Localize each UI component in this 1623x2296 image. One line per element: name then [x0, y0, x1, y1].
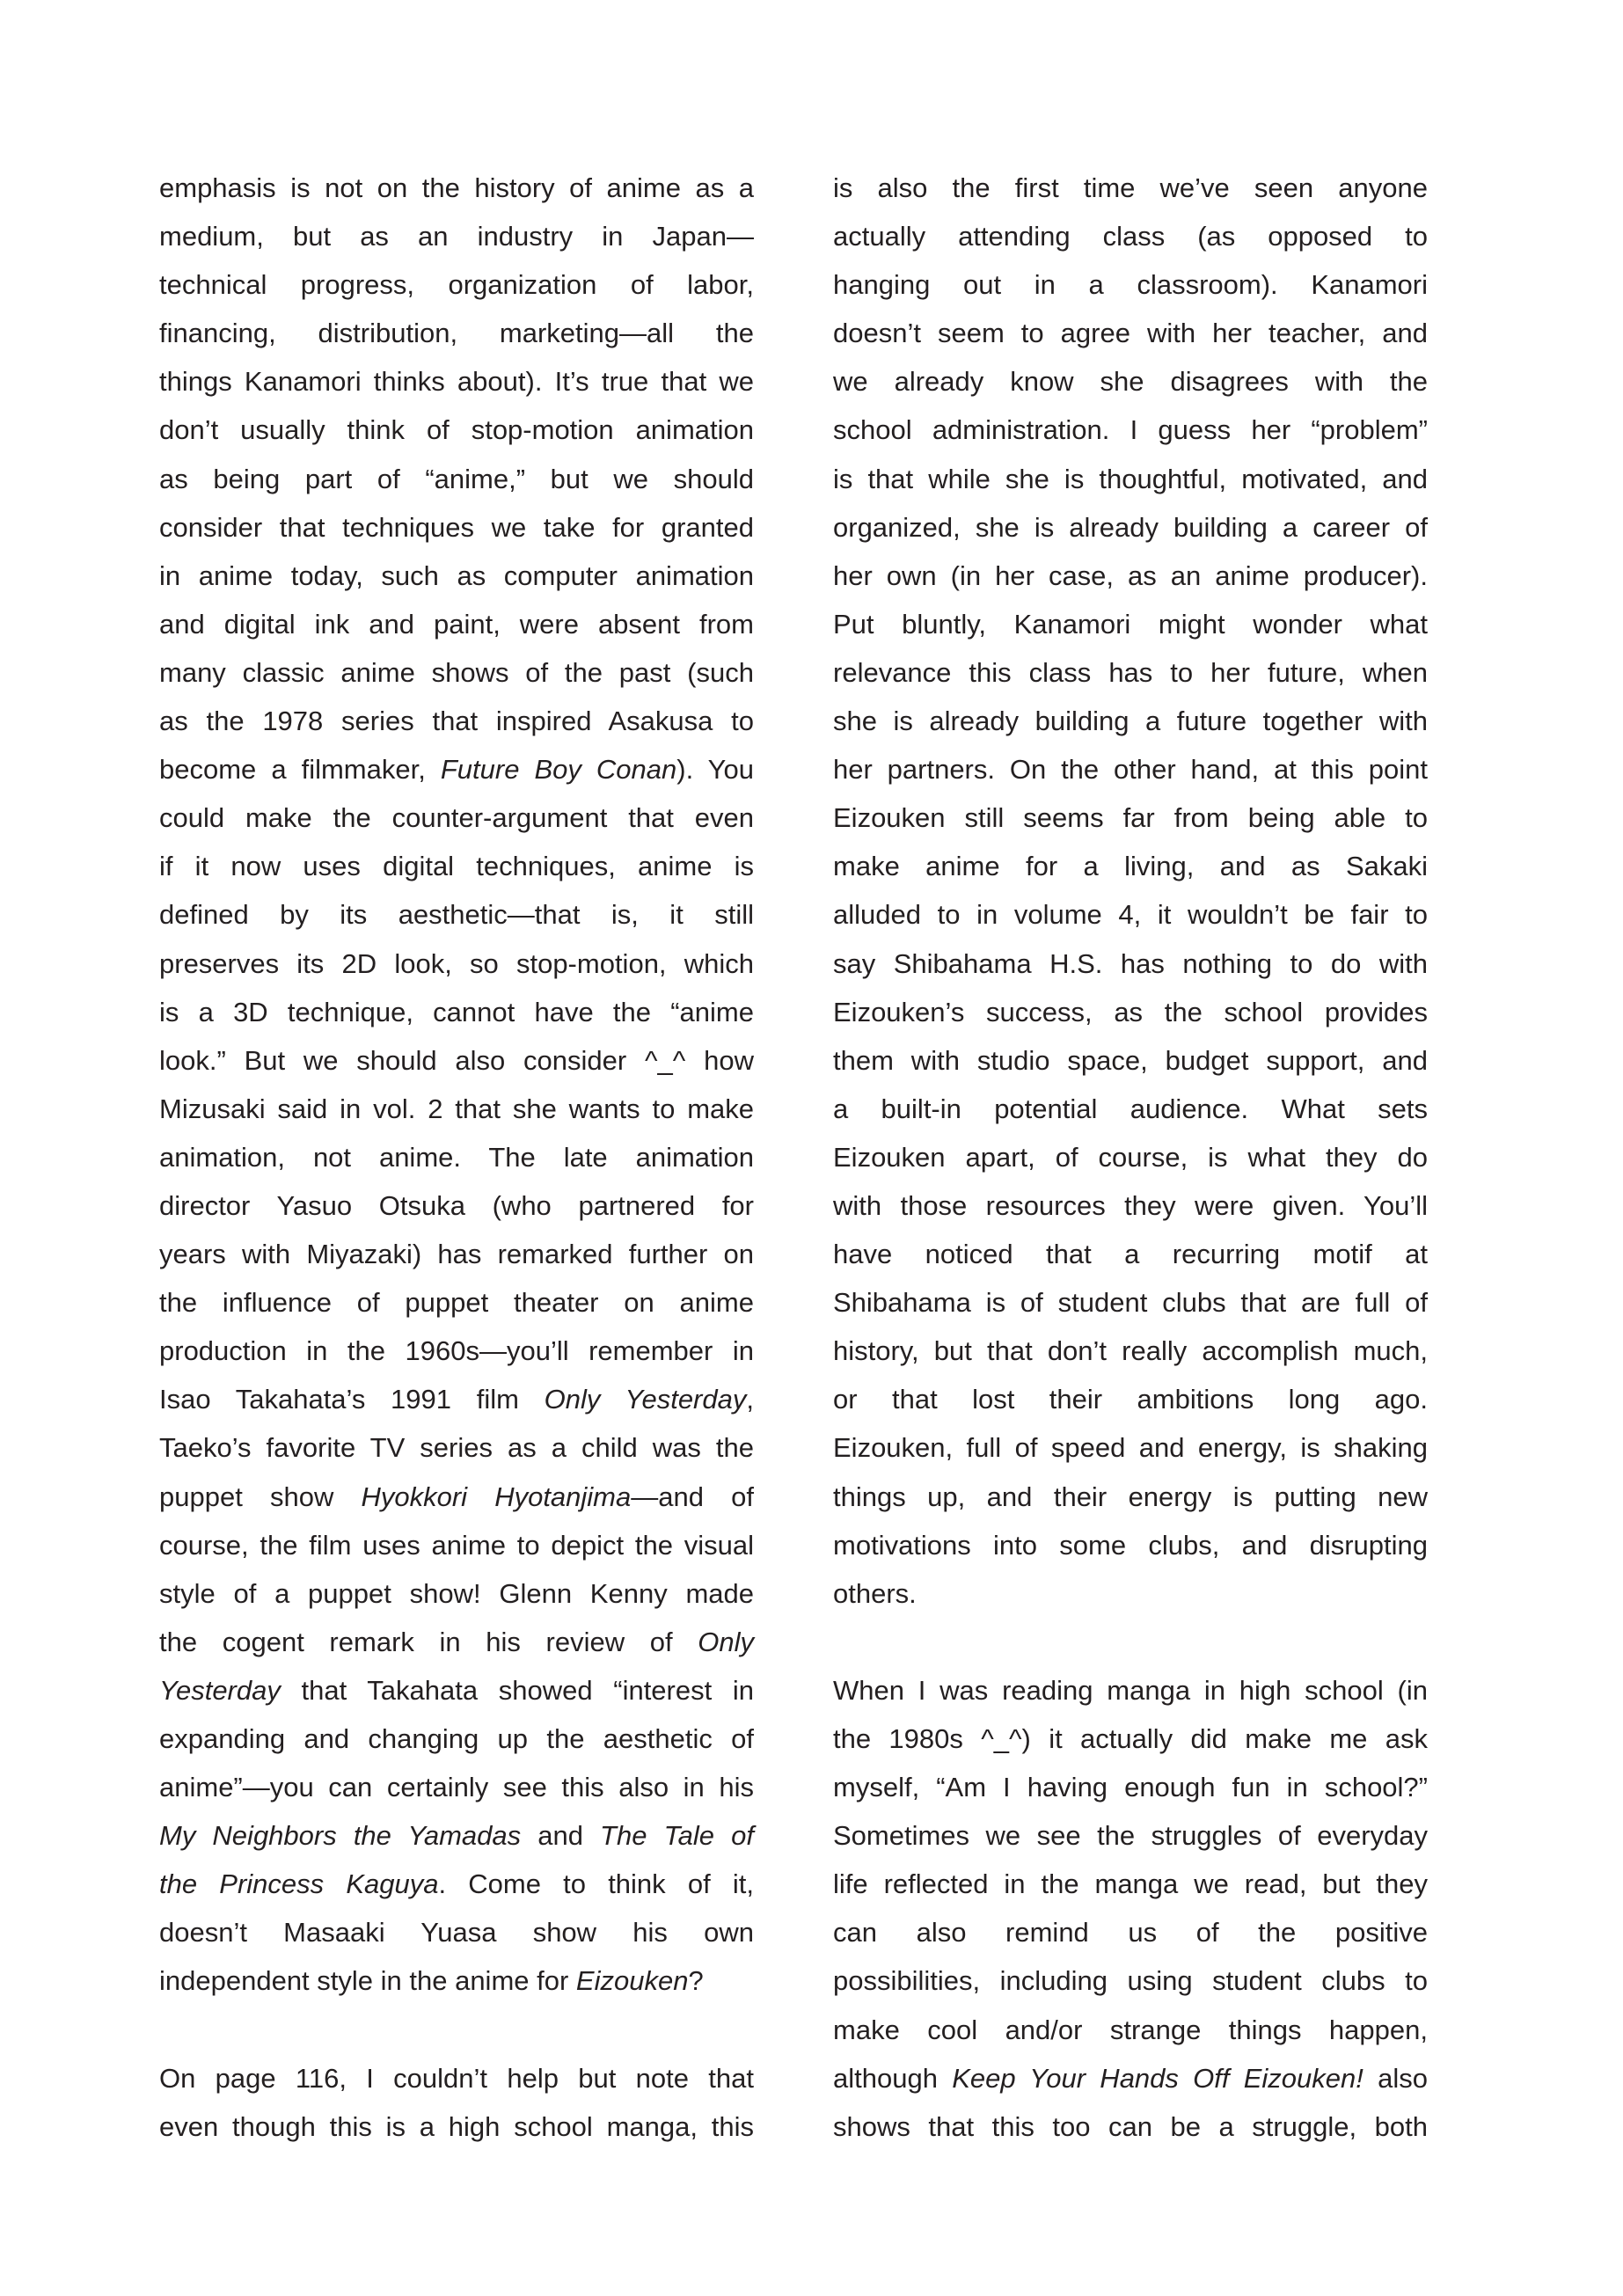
body-text: financing, distribution, marketing—all t…	[159, 318, 754, 348]
text-line: if it now uses digital techniques, anime…	[159, 842, 754, 890]
body-text: ). You	[676, 754, 754, 785]
body-text: don’t usually think of stop-motion anima…	[159, 414, 754, 445]
body-text: is that while she is thoughtful, motivat…	[833, 464, 1428, 494]
text-line: myself, “Am I having enough fun in schoo…	[833, 1763, 1428, 1811]
text-line: My Neighbors the Yamadas and The Tale of	[159, 1811, 754, 1860]
body-text: the cogent remark in his review of	[159, 1627, 698, 1657]
text-line: could make the counter-argument that eve…	[159, 793, 754, 842]
body-text: Put bluntly, Kanamori might wonder what	[833, 609, 1428, 640]
text-line: Taeko’s favorite TV series as a child wa…	[159, 1423, 754, 1472]
text-line: technical progress, organization of labo…	[159, 260, 754, 309]
text-line: organized, she is already building a car…	[833, 503, 1428, 552]
text-line: or that lost their ambitions long ago.	[833, 1375, 1428, 1423]
body-text: organized, she is already building a car…	[833, 512, 1428, 543]
body-text: things up, and their energy is putting n…	[833, 1481, 1428, 1512]
paragraph: emphasis is not on the history of anime …	[159, 164, 754, 2006]
body-text: things Kanamori thinks about). It’s true…	[159, 366, 754, 397]
text-line: puppet show Hyokkori Hyotanjima—and of	[159, 1473, 754, 1521]
body-text: possibilities, including using student c…	[833, 1965, 1428, 1996]
italic-title-text: Yesterday	[159, 1675, 281, 1706]
text-line: Sometimes we see the struggles of everyd…	[833, 1811, 1428, 1860]
body-text: make cool and/or strange things happen,	[833, 2014, 1428, 2045]
body-text: we already know she disagrees with the	[833, 366, 1428, 397]
text-line: the 1980s ^_^) it actually did make me a…	[833, 1715, 1428, 1763]
text-line: don’t usually think of stop-motion anima…	[159, 406, 754, 454]
body-text: emphasis is not on the history of anime …	[159, 172, 754, 203]
text-line: the influence of puppet theater on anime	[159, 1278, 754, 1327]
text-line: anime”—you can certainly see this also i…	[159, 1763, 754, 1811]
body-text: myself, “Am I having enough fun in schoo…	[833, 1772, 1428, 1802]
body-text: puppet show	[159, 1481, 361, 1512]
text-line: director Yasuo Otsuka (who partnered for	[159, 1181, 754, 1230]
body-text: a built-in potential audience. What sets	[833, 1093, 1428, 1124]
text-line: medium, but as an industry in Japan—	[159, 212, 754, 260]
text-line: even though this is a high school manga,…	[159, 2102, 754, 2151]
body-text: doesn’t Masaaki Yuasa show his own	[159, 1917, 754, 1948]
italic-title-text: Keep Your Hands Off Eizouken!	[952, 2063, 1363, 2094]
text-line: her own (in her case, as an anime produc…	[833, 552, 1428, 600]
body-text: hanging out in a classroom). Kanamori	[833, 269, 1428, 300]
text-line: the cogent remark in his review of Only	[159, 1618, 754, 1666]
paragraph: When I was reading manga in high school …	[833, 1666, 1428, 2151]
body-text: expanding and changing up the aesthetic …	[159, 1723, 754, 1754]
text-line: have noticed that a recurring motif at	[833, 1230, 1428, 1278]
text-line: animation, not anime. The late animation	[159, 1133, 754, 1181]
text-line: On page 116, I couldn’t help but note th…	[159, 2054, 754, 2102]
text-line: independent style in the anime for Eizou…	[159, 1956, 754, 2005]
body-text: look.” But we should also consider ^_^ h…	[159, 1045, 754, 1076]
body-text: Mizusaki said in vol. 2 that she wants t…	[159, 1093, 754, 1124]
body-text: life reflected in the manga we read, but…	[833, 1868, 1428, 1899]
body-text: Eizouken, full of speed and energy, is s…	[833, 1432, 1428, 1463]
text-line: Mizusaki said in vol. 2 that she wants t…	[159, 1085, 754, 1133]
text-line: as the 1978 series that inspired Asakusa…	[159, 697, 754, 745]
italic-title-text: Hyokkori Hyotanjima	[361, 1481, 631, 1512]
body-text: many classic anime shows of the past (su…	[159, 657, 754, 688]
body-text: history, but that don’t really accomplis…	[833, 1335, 1428, 1366]
text-line: is a 3D technique, cannot have the “anim…	[159, 988, 754, 1036]
text-line: alluded to in volume 4, it wouldn’t be f…	[833, 890, 1428, 939]
body-text: is also the first time we’ve seen anyone	[833, 172, 1428, 203]
text-line: Put bluntly, Kanamori might wonder what	[833, 600, 1428, 648]
body-text: can also remind us of the positive	[833, 1917, 1428, 1948]
text-line: Yesterday that Takahata showed “interest…	[159, 1666, 754, 1715]
body-text: and	[521, 1820, 600, 1851]
body-text: become a filmmaker,	[159, 754, 441, 785]
body-text: independent style in the anime for	[159, 1965, 576, 1996]
body-text: years with Miyazaki) has remarked furthe…	[159, 1239, 754, 1269]
body-text: have noticed that a recurring motif at	[833, 1239, 1428, 1269]
text-line: many classic anime shows of the past (su…	[159, 648, 754, 697]
body-text: also	[1363, 2063, 1428, 2094]
body-text: the influence of puppet theater on anime	[159, 1287, 754, 1318]
italic-title-text: Future Boy Conan	[441, 754, 676, 785]
text-line: with those resources they were given. Yo…	[833, 1181, 1428, 1230]
body-text: the 1980s ^_^) it actually did make me a…	[833, 1723, 1428, 1754]
body-text: could make the counter-argument that eve…	[159, 802, 754, 833]
body-text: ,	[746, 1384, 754, 1415]
body-text: alluded to in volume 4, it wouldn’t be f…	[833, 899, 1428, 930]
text-line: doesn’t Masaaki Yuasa show his own	[159, 1908, 754, 1956]
text-line: years with Miyazaki) has remarked furthe…	[159, 1230, 754, 1278]
body-text: even though this is a high school manga,…	[159, 2111, 754, 2142]
italic-title-text: My Neighbors the Yamadas	[159, 1820, 521, 1851]
body-text: ?	[688, 1965, 703, 1996]
text-line: expanding and changing up the aesthetic …	[159, 1715, 754, 1763]
body-text: or that lost their ambitions long ago.	[833, 1384, 1428, 1415]
body-text: her own (in her case, as an anime produc…	[833, 560, 1428, 591]
body-text: in anime today, such as computer animati…	[159, 560, 754, 591]
body-text: consider that techniques we take for gra…	[159, 512, 754, 543]
text-line: hanging out in a classroom). Kanamori	[833, 260, 1428, 309]
body-text: Isao Takahata’s 1991 film	[159, 1384, 545, 1415]
body-text: although	[833, 2063, 952, 2094]
text-line: a built-in potential audience. What sets	[833, 1085, 1428, 1133]
text-line: school administration. I guess her “prob…	[833, 406, 1428, 454]
body-text: Eizouken apart, of course, is what they …	[833, 1142, 1428, 1173]
italic-title-text: Only Yesterday	[545, 1384, 747, 1415]
text-line: them with studio space, budget support, …	[833, 1036, 1428, 1085]
text-line: she is already building a future togethe…	[833, 697, 1428, 745]
body-text: Sometimes we see the struggles of everyd…	[833, 1820, 1428, 1851]
body-text: technical progress, organization of labo…	[159, 269, 754, 300]
text-line: make anime for a living, and as Sakaki	[833, 842, 1428, 890]
text-line: Eizouken’s success, as the school provid…	[833, 988, 1428, 1036]
text-line: motivations into some clubs, and disrupt…	[833, 1521, 1428, 1569]
body-text: as the 1978 series that inspired Asakusa…	[159, 706, 754, 736]
body-text: if it now uses digital techniques, anime…	[159, 851, 754, 881]
body-text: Shibahama is of student clubs that are f…	[833, 1287, 1428, 1318]
left-column: emphasis is not on the history of anime …	[159, 164, 754, 2151]
text-line: When I was reading manga in high school …	[833, 1666, 1428, 1715]
text-line: Eizouken apart, of course, is what they …	[833, 1133, 1428, 1181]
text-line: consider that techniques we take for gra…	[159, 503, 754, 552]
body-text: production in the 1960s—you’ll remember …	[159, 1335, 754, 1366]
text-line: shows that this too can be a struggle, b…	[833, 2102, 1428, 2151]
text-line: preserves its 2D look, so stop-motion, w…	[159, 940, 754, 988]
body-text: When I was reading manga in high school …	[833, 1675, 1428, 1706]
body-text: anime”—you can certainly see this also i…	[159, 1772, 754, 1802]
body-text: medium, but as an industry in Japan—	[159, 221, 754, 252]
text-line: history, but that don’t really accomplis…	[833, 1327, 1428, 1375]
body-text: that Takahata showed “interest in	[281, 1675, 754, 1706]
body-text: defined by its aesthetic—that is, it sti…	[159, 899, 754, 930]
body-text: Eizouken’s success, as the school provid…	[833, 997, 1428, 1027]
text-line: defined by its aesthetic—that is, it sti…	[159, 890, 754, 939]
text-line: relevance this class has to her future, …	[833, 648, 1428, 697]
body-text: she is already building a future togethe…	[833, 706, 1428, 736]
text-line: things up, and their energy is putting n…	[833, 1473, 1428, 1521]
text-line: say Shibahama H.S. has nothing to do wit…	[833, 940, 1428, 988]
text-line: Eizouken still seems far from being able…	[833, 793, 1428, 842]
body-text: is a 3D technique, cannot have the “anim…	[159, 997, 754, 1027]
paragraph: is also the first time we’ve seen anyone…	[833, 164, 1428, 1618]
body-text: relevance this class has to her future, …	[833, 657, 1428, 688]
text-line: Shibahama is of student clubs that are f…	[833, 1278, 1428, 1327]
body-text: and digital ink and paint, were absent f…	[159, 609, 754, 640]
text-line: in anime today, such as computer animati…	[159, 552, 754, 600]
text-line: doesn’t seem to agree with her teacher, …	[833, 309, 1428, 357]
text-line: although Keep Your Hands Off Eizouken! a…	[833, 2054, 1428, 2102]
text-line: course, the film uses anime to depict th…	[159, 1521, 754, 1569]
text-line: look.” But we should also consider ^_^ h…	[159, 1036, 754, 1085]
text-line: become a filmmaker, Future Boy Conan). Y…	[159, 745, 754, 793]
body-text: style of a puppet show! Glenn Kenny made	[159, 1578, 754, 1609]
italic-title-text: Eizouken	[576, 1965, 689, 1996]
body-text: them with studio space, budget support, …	[833, 1045, 1428, 1076]
body-text: . Come to think of it,	[438, 1868, 754, 1899]
text-line: actually attending class (as opposed to	[833, 212, 1428, 260]
body-text: motivations into some clubs, and disrupt…	[833, 1530, 1428, 1561]
text-line: possibilities, including using student c…	[833, 1956, 1428, 2005]
body-text: Eizouken still seems far from being able…	[833, 802, 1428, 833]
body-text: her partners. On the other hand, at this…	[833, 754, 1428, 785]
italic-title-text: Only	[698, 1627, 754, 1657]
text-line: can also remind us of the positive	[833, 1908, 1428, 1956]
text-line: production in the 1960s—you’ll remember …	[159, 1327, 754, 1375]
text-line: emphasis is not on the history of anime …	[159, 164, 754, 212]
paragraph: On page 116, I couldn’t help but note th…	[159, 2054, 754, 2151]
italic-title-text: the Princess Kaguya	[159, 1868, 438, 1899]
text-line: things Kanamori thinks about). It’s true…	[159, 357, 754, 406]
body-text: shows that this too can be a struggle, b…	[833, 2111, 1428, 2142]
body-text: preserves its 2D look, so stop-motion, w…	[159, 948, 754, 979]
text-line: we already know she disagrees with the	[833, 357, 1428, 406]
text-line: others.	[833, 1569, 1428, 1618]
body-text: say Shibahama H.S. has nothing to do wit…	[833, 948, 1428, 979]
text-line: and digital ink and paint, were absent f…	[159, 600, 754, 648]
text-line: Isao Takahata’s 1991 film Only Yesterday…	[159, 1375, 754, 1423]
text-line: style of a puppet show! Glenn Kenny made	[159, 1569, 754, 1618]
body-text: —and of	[631, 1481, 754, 1512]
body-text: others.	[833, 1578, 917, 1609]
text-line: make cool and/or strange things happen,	[833, 2006, 1428, 2054]
italic-title-text: The Tale of	[600, 1820, 754, 1851]
body-text: doesn’t seem to agree with her teacher, …	[833, 318, 1428, 348]
body-text: course, the film uses anime to depict th…	[159, 1530, 754, 1561]
text-line: as being part of “anime,” but we should	[159, 455, 754, 503]
body-text: Taeko’s favorite TV series as a child wa…	[159, 1432, 754, 1463]
body-text: make anime for a living, and as Sakaki	[833, 851, 1428, 881]
right-column: is also the first time we’ve seen anyone…	[833, 164, 1428, 2151]
text-line: is that while she is thoughtful, motivat…	[833, 455, 1428, 503]
body-text: school administration. I guess her “prob…	[833, 414, 1428, 445]
text-line: the Princess Kaguya. Come to think of it…	[159, 1860, 754, 1908]
text-line: Eizouken, full of speed and energy, is s…	[833, 1423, 1428, 1472]
text-line: is also the first time we’ve seen anyone	[833, 164, 1428, 212]
text-line: her partners. On the other hand, at this…	[833, 745, 1428, 793]
body-text: as being part of “anime,” but we should	[159, 464, 754, 494]
text-line: financing, distribution, marketing—all t…	[159, 309, 754, 357]
text-line: life reflected in the manga we read, but…	[833, 1860, 1428, 1908]
body-text: On page 116, I couldn’t help but note th…	[159, 2063, 754, 2094]
body-text: with those resources they were given. Yo…	[833, 1190, 1428, 1221]
body-text: actually attending class (as opposed to	[833, 221, 1428, 252]
body-text: director Yasuo Otsuka (who partnered for	[159, 1190, 754, 1221]
document-page: emphasis is not on the history of anime …	[0, 0, 1623, 2296]
body-text: animation, not anime. The late animation	[159, 1142, 754, 1173]
